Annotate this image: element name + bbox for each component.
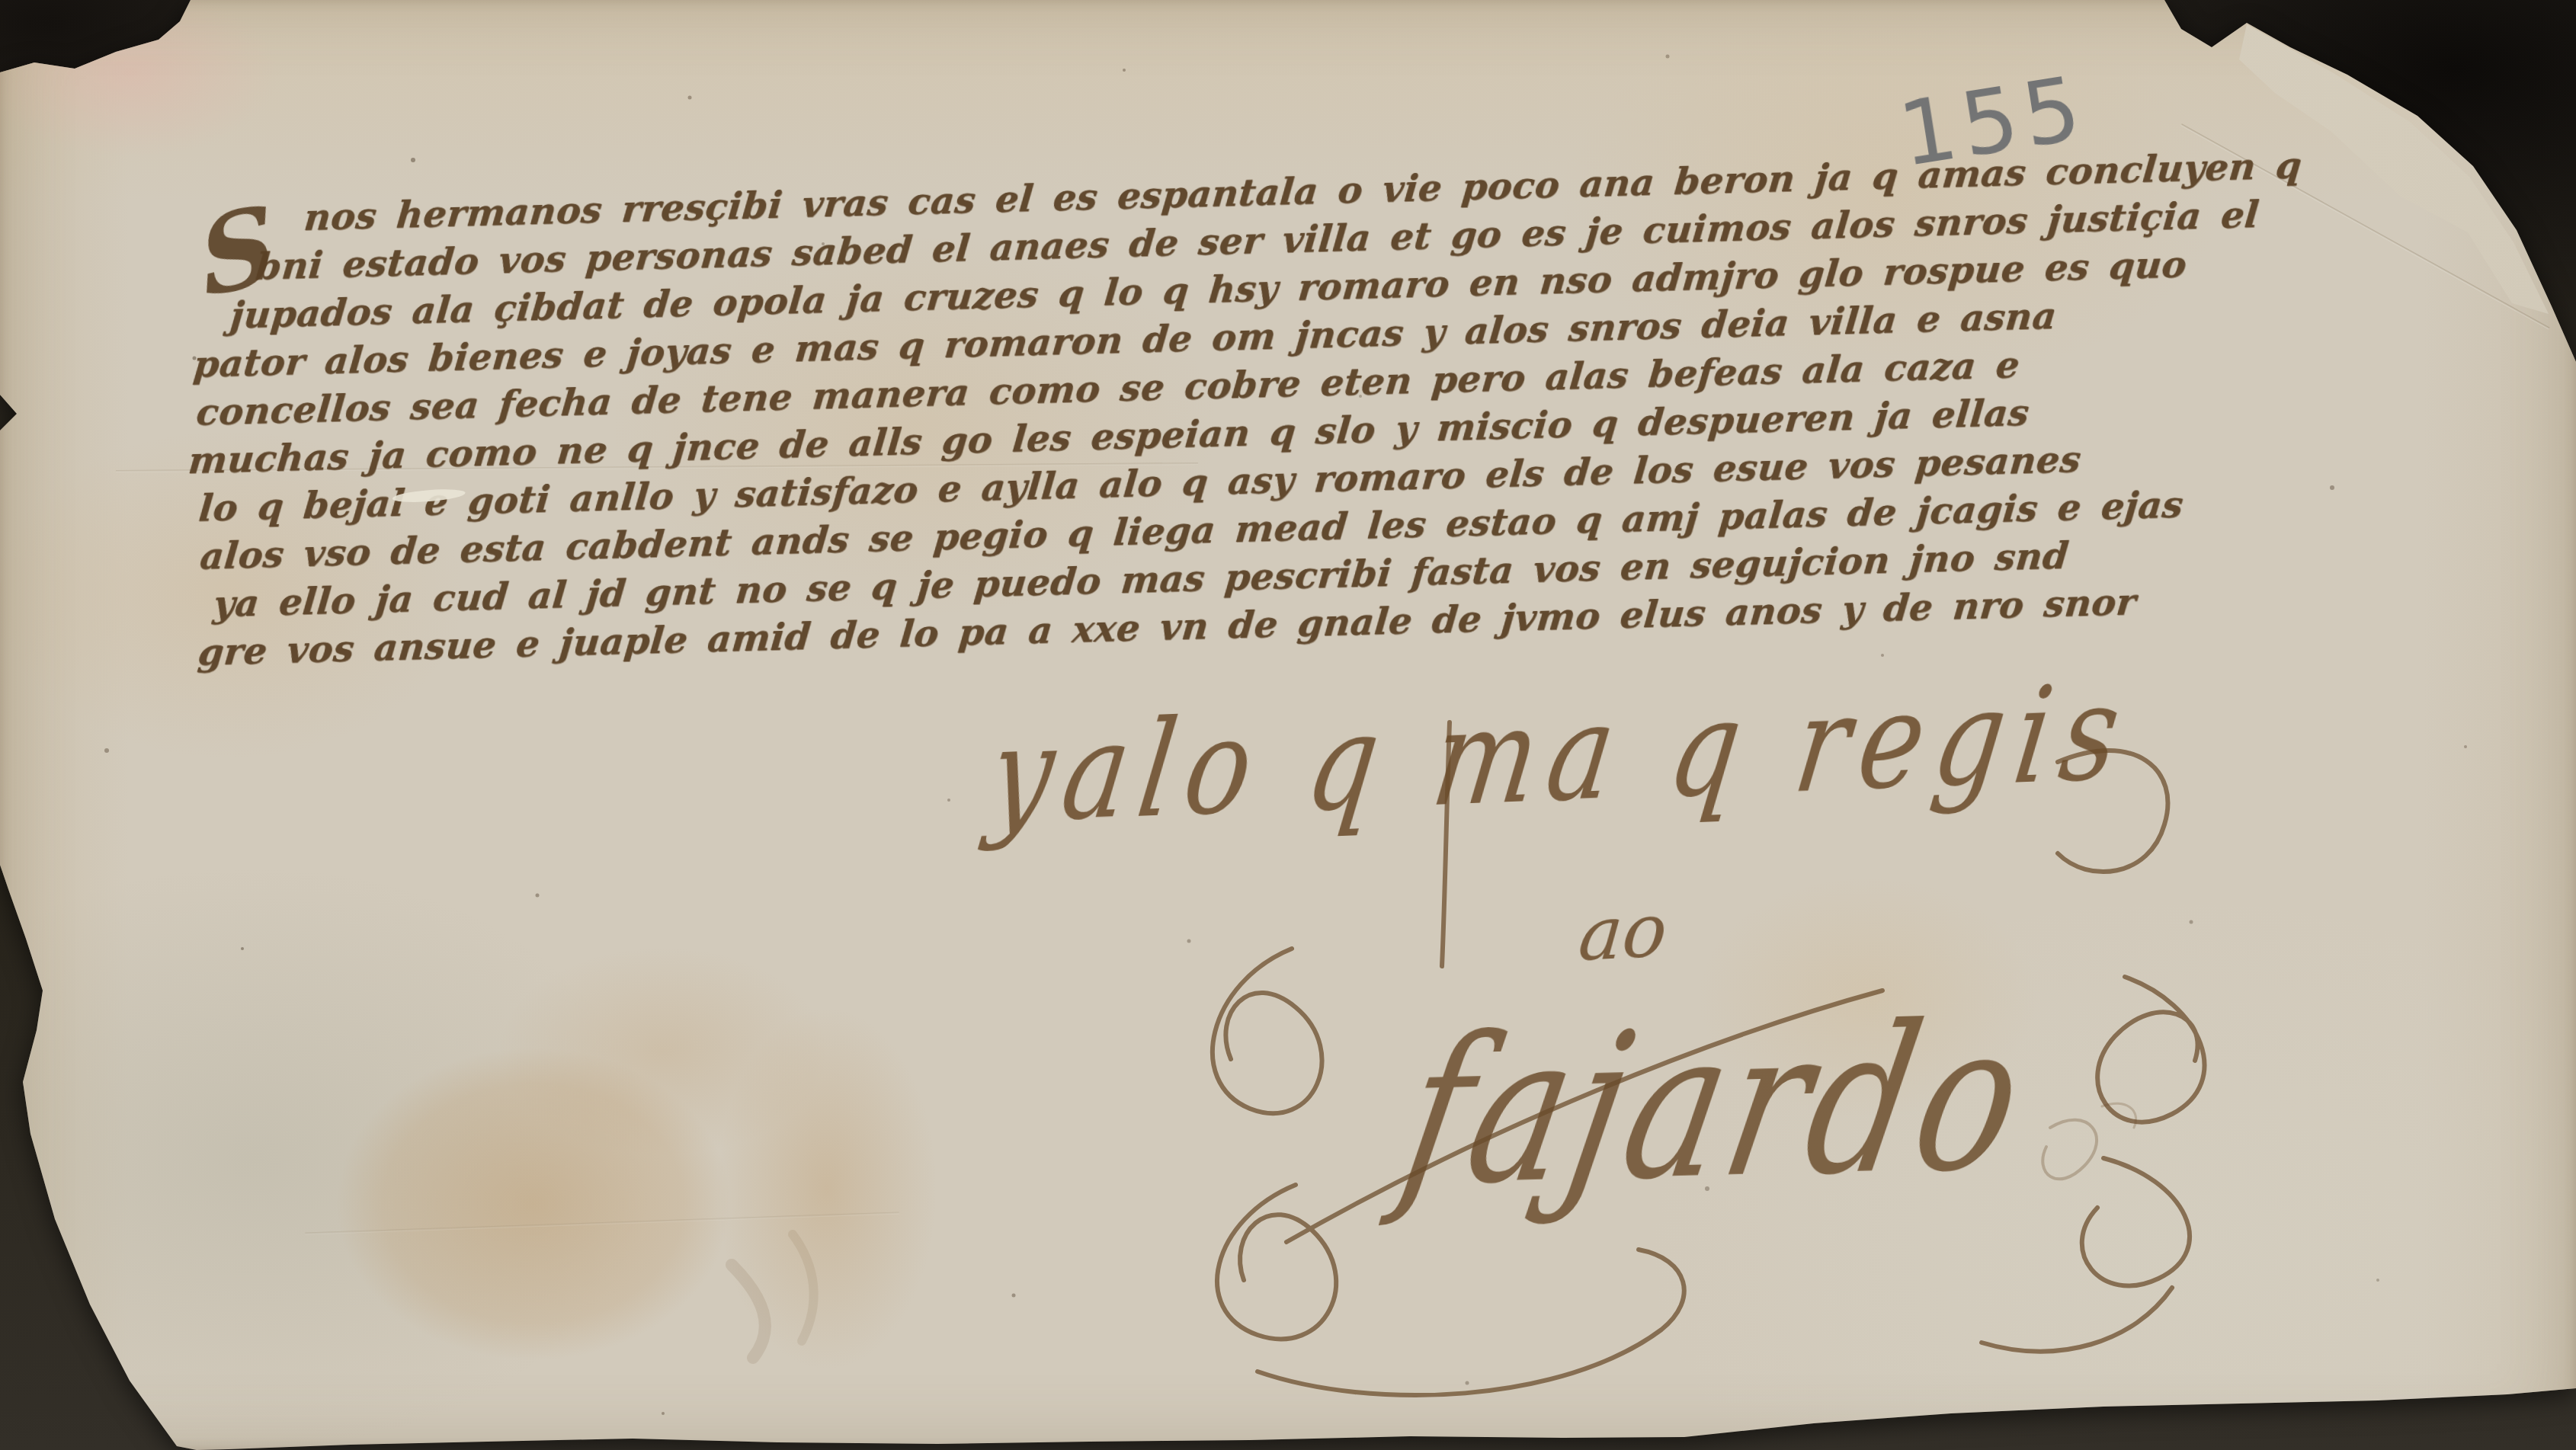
- photograph-of-manuscript: 155 S nos hermanos rresçibi vras cas el …: [0, 0, 2576, 1450]
- ink-flourish-overlay: [0, 0, 2576, 1450]
- foxing-specks: [104, 55, 2467, 1416]
- signature-rubric-flourishes: [1213, 722, 2205, 1395]
- ink-ghost-smudges: [732, 1103, 2136, 1358]
